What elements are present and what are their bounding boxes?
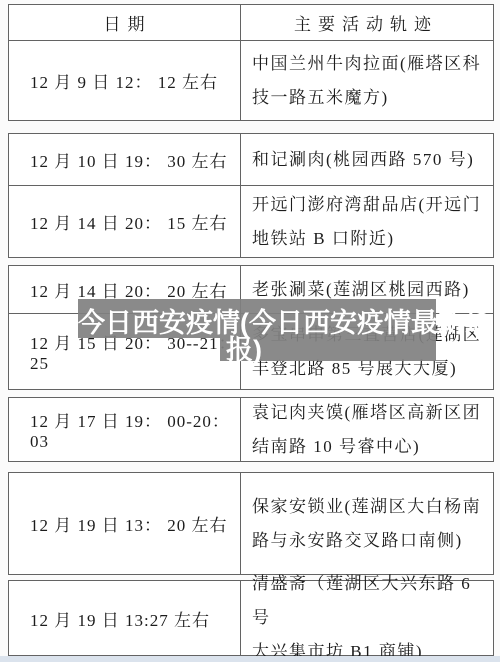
table-fragment-6: 12 月 19 日 13:27 左右 清盛斋（莲湖区大兴东路 6 号 大兴集市坊… [8, 580, 494, 656]
table-fragment-5: 12 月 19 日 13： 20 左右 保家安锁业(莲湖区大白杨南 路与永安路交… [8, 472, 494, 575]
date-cell: 12 月 14 日 20： 15 左右 [9, 186, 241, 257]
col-header-trajectory-label: 主要活动轨迹 [294, 10, 438, 35]
table-fragment-4: 12 月 17 日 19： 00-20： 03 袁记肉夹馍(雁塔区高新区团 结南… [8, 397, 494, 462]
trajectory-cell: 保家安锁业(莲湖区大白杨南 路与永安路交叉路口南侧) [241, 473, 493, 574]
table-row: 12 月 19 日 13:27 左右 清盛斋（莲湖区大兴东路 6 号 大兴集市坊… [9, 581, 493, 655]
epidemic-table-screenshot: { "page": { "background_color": "#ffffff… [0, 0, 500, 662]
date-cell: 12 月 10 日 19： 30 左右 [9, 134, 241, 185]
date-cell: 12 月 19 日 13： 20 左右 [9, 473, 241, 574]
table-row: 12 月 10 日 19： 30 左右 和记涮肉(桃园西路 570 号) [9, 134, 493, 185]
col-header-date-label: 日期 [104, 10, 152, 35]
col-header-date: 日期 [9, 5, 241, 40]
trajectory-cell: 中国兰州牛肉拉面(雁塔区科 技一路五米魔方) [241, 41, 493, 120]
table-row: 12 月 9 日 12： 12 左右 中国兰州牛肉拉面(雁塔区科 技一路五米魔方… [9, 40, 493, 120]
watermark-text-line2: 报) [226, 328, 262, 367]
date-cell: 12 月 19 日 13:27 左右 [9, 581, 241, 655]
table-row: 12 月 17 日 19： 00-20： 03 袁记肉夹馍(雁塔区高新区团 结南… [9, 398, 493, 461]
trajectory-cell: 袁记肉夹馍(雁塔区高新区团 结南路 10 号睿中心) [241, 398, 493, 461]
date-cell: 12 月 9 日 12： 12 左右 [9, 41, 241, 120]
col-header-trajectory: 主要活动轨迹 [241, 5, 493, 40]
header-row: 日期 主要活动轨迹 [9, 5, 493, 40]
bottom-strip [0, 656, 500, 662]
table-row: 12 月 19 日 13： 20 左右 保家安锁业(莲湖区大白杨南 路与永安路交… [9, 473, 493, 574]
trajectory-cell: 清盛斋（莲湖区大兴东路 6 号 大兴集市坊 B1 商铺) [241, 581, 493, 655]
table-fragment-2: 12 月 10 日 19： 30 左右 和记涮肉(桃园西路 570 号) 12 … [8, 133, 494, 258]
date-cell: 12 月 17 日 19： 00-20： 03 [9, 398, 241, 461]
table-fragment-1: 日期 主要活动轨迹 12 月 9 日 12： 12 左右 中国兰州牛肉拉面(雁塔… [8, 4, 494, 121]
trajectory-cell: 和记涮肉(桃园西路 570 号) [241, 134, 493, 185]
table-row: 12 月 14 日 20： 15 左右 开远门澎府湾甜品店(开远门 地铁站 B … [9, 185, 493, 257]
trajectory-cell: 开远门澎府湾甜品店(开远门 地铁站 B 口附近) [241, 186, 493, 257]
